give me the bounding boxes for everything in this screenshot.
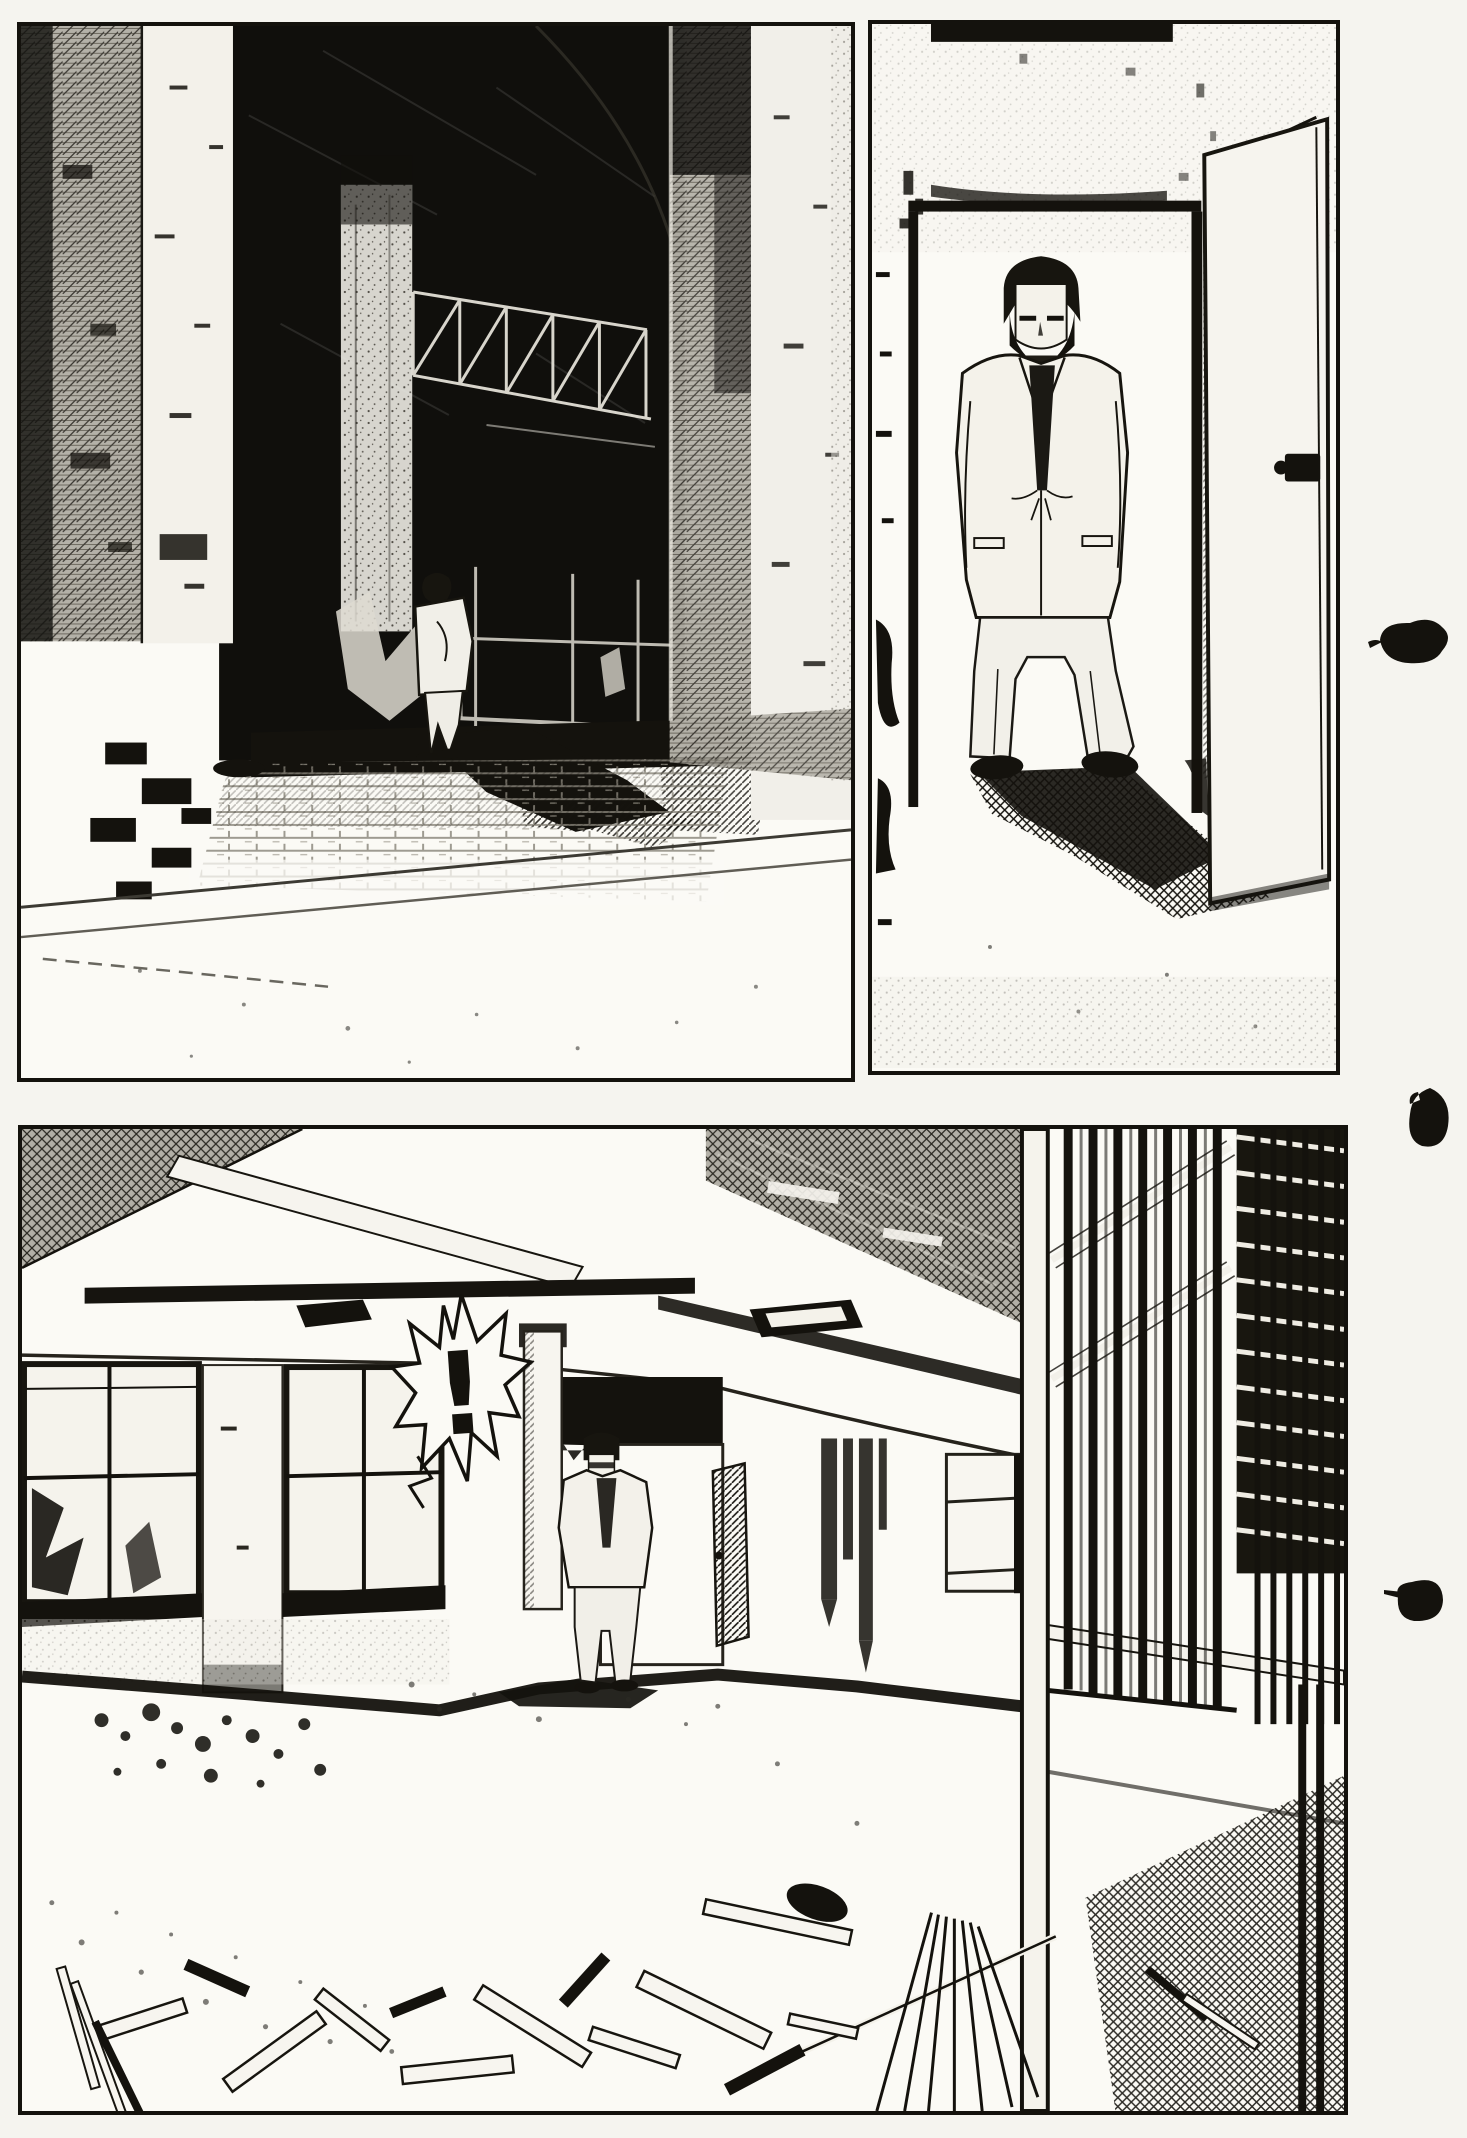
building-exterior-art [21,26,851,1078]
peeling-paint-streaks [821,1438,887,1672]
panel-building-exterior [17,22,855,1082]
doorway-art [872,24,1336,1071]
ink-blob-icon [1409,1088,1448,1147]
floor-debris [49,1681,1259,2111]
ceiling-mass-right [706,1129,1022,1323]
ceiling-beam-white [167,1156,582,1288]
pillar-mid-gray [341,155,412,631]
leaning-poles [789,1913,1055,2111]
man-jacket [415,598,472,695]
abandoned-room-art: ! [22,1129,1344,2111]
left-wall-windows [22,1364,449,1692]
exclamation-text: ! [430,1326,491,1462]
cage-front-bars [1064,1129,1222,1708]
header-dark-band [556,1377,723,1448]
door-handle [1285,454,1320,482]
pillar-right [670,26,851,820]
ink-blob-icon [1368,620,1448,663]
cage-corner-post [1022,1129,1048,2111]
ground-specks [138,969,758,1064]
ceiling-vent [296,1300,372,1328]
brick-pillar-left [21,26,233,643]
ink-blob-icon [1384,1580,1443,1621]
cage-side-grid [1237,1129,1344,1724]
panel-man-in-doorway [868,20,1340,1075]
cage-floor-shadow [1086,1776,1344,2111]
panel-abandoned-room: ! [18,1125,1348,2115]
rubble-pile [95,1703,327,1787]
door-frame-top-bar [931,24,1173,42]
open-door-leaf [1204,117,1329,911]
pebbles [49,1681,859,2053]
cage-bars [1022,1129,1344,2111]
wood-planks [57,1876,1260,2111]
manga-page: ! [0,0,1467,2138]
ceiling-beam-dark [85,1278,695,1304]
